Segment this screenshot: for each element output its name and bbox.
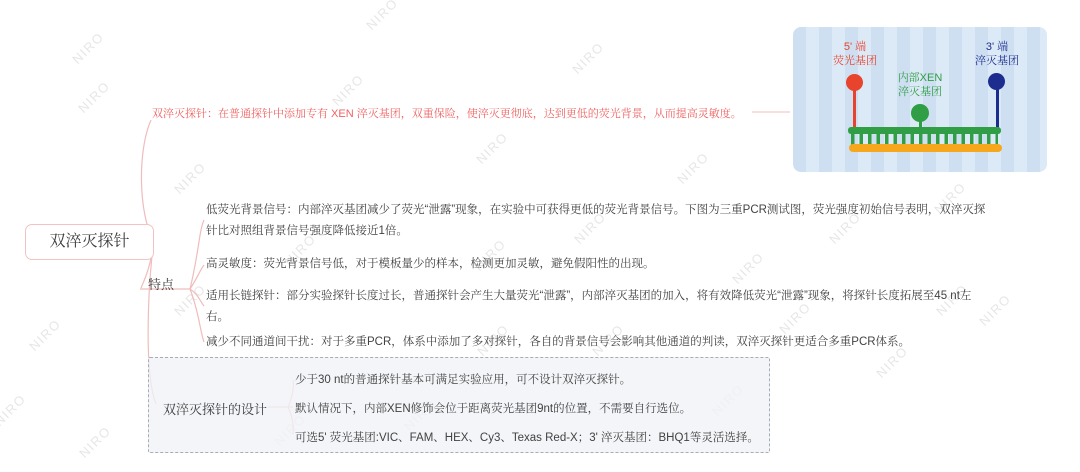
- terminal-quencher-stem: [996, 87, 999, 131]
- features-topic[interactable]: 特点: [148, 274, 174, 293]
- feature-item-low-background[interactable]: 低荧光背景信号：内部淬灭基团减少了荧光“泄露”现象，在实验中可获得更低的荧光背景…: [206, 200, 986, 242]
- watermark: NIRO: [729, 249, 767, 287]
- fluorophore-stem: [853, 89, 856, 131]
- watermark: NIRO: [171, 159, 209, 197]
- watermark: NIRO: [171, 281, 209, 319]
- design-topic[interactable]: 双淬灭探针的设计: [163, 399, 267, 418]
- watermark: NIRO: [75, 78, 113, 116]
- watermark: NIRO: [674, 149, 712, 187]
- definition-topic[interactable]: 双淬灭探针：在普通探针中添加专有 XEN 淬灭基团，双重保险，使淬灭更彻底，达到…: [152, 105, 742, 121]
- branch-definition: [141, 120, 153, 240]
- fluorophore-label: 5' 端 荧光基团: [823, 40, 887, 68]
- probe-strand-bar: [848, 127, 1001, 134]
- internal-quencher-dot: [911, 104, 929, 122]
- feature-item-long-probe[interactable]: 适用长链探针：部分实验探针长度过长，普通探针会产生大量荧光“泄露”，内部淬灭基团…: [206, 286, 986, 328]
- design-item-xen-position[interactable]: 默认情况下，内部XEN修饰会位于距离荧光基团9nt的位置，不需要自行选位。: [295, 399, 691, 420]
- watermark: NIRO: [569, 39, 607, 77]
- branch-feature-4: [190, 289, 204, 342]
- branch-feature-3: [190, 289, 204, 306]
- probe-structure-image[interactable]: 5' 端 荧光基团 内部XEN 淬灭基团 3' 端 淬灭基团: [793, 27, 1047, 172]
- terminal-quencher-label: 3' 端 淬灭基团: [965, 40, 1029, 68]
- branch-feature-1: [190, 220, 204, 289]
- template-strand-bar: [849, 144, 1002, 152]
- feature-item-high-sensitivity[interactable]: 高灵敏度：荧光背景信号低，对于模板量少的样本，检测更加灵敏，避免假阳性的出现。: [206, 254, 655, 275]
- design-item-short-probe[interactable]: 少于30 nt的普通探针基本可满足实验应用，可不设计双淬灭探针。: [295, 370, 631, 391]
- watermark: NIRO: [76, 423, 114, 461]
- terminal-quencher-dot: [988, 73, 1005, 90]
- watermark: NIRO: [26, 316, 64, 354]
- feature-item-channel-interference[interactable]: 减少不同通道间干扰：对于多重PCR，体系中添加了多对探针，各自的背景信号会影响其…: [206, 332, 910, 353]
- watermark: NIRO: [363, 0, 401, 33]
- watermark: NIRO: [69, 29, 107, 67]
- watermark: NIRO: [329, 71, 367, 109]
- root-topic[interactable]: 双淬灭探针: [25, 224, 154, 260]
- mindmap-canvas: NIRONIRONIRONIRONIRONIRONIRONIRONIRONIRO…: [0, 0, 1080, 472]
- branch-feature-2: [190, 265, 204, 289]
- watermark: NIRO: [473, 129, 511, 167]
- fluorophore-dot: [846, 74, 863, 91]
- watermark: NIRO: [0, 391, 29, 429]
- design-item-dye-options[interactable]: 可选5' 荧光基团:VIC、FAM、HEX、Cy3、Texas Red-X；3'…: [295, 428, 759, 449]
- internal-quencher-label: 内部XEN 淬灭基团: [888, 71, 952, 99]
